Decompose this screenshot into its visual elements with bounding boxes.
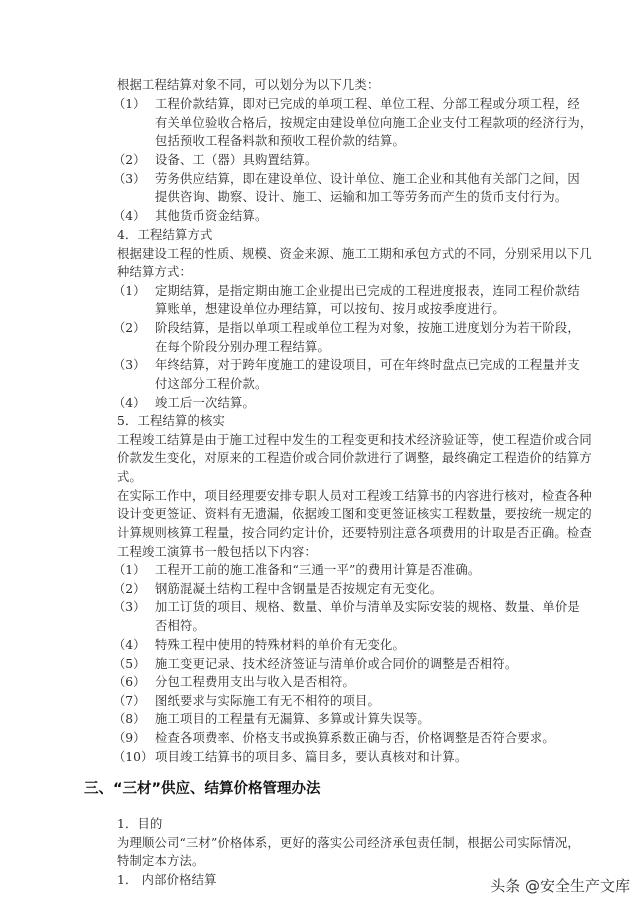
list-number: （4） — [113, 637, 145, 653]
list-number: （4） — [113, 395, 145, 411]
paragraph-text: 根据建设工程的性质、规模、资金来源、施工工期和承包方式的不同，分别采用以下几 — [117, 246, 592, 262]
list-item-text: 年终结算，对于跨年度施工的建设项目，可在年终时盘点已完成的工程量并支 — [155, 357, 580, 373]
list-item-text: 钢筋混凝土结构工程中含钢量是否按规定有无变化。 — [155, 581, 442, 597]
paragraph-text: 设计变更签证、资料有无遗漏，依据竣工图和变更签证核实工程数量，要按统一规定的 — [117, 506, 592, 522]
list-item-text: 施工项目的工程量有无漏算、多算或计算失误等。 — [155, 711, 430, 727]
paragraph-text: 种结算方式： — [117, 264, 192, 280]
paragraph-text: 为理顺公司“三材”价格体系，更好的落实公司经济承包责任制，根据公司实际情况， — [117, 835, 580, 851]
section-title: 5．工程结算的核实 — [117, 413, 225, 429]
list-item-text: 施工变更记录、技术经济签证与清单价或合同价的调整是否相符。 — [155, 656, 517, 672]
list-item-text: 定期结算，是指定期由施工企业提出已完成的工程进度报表，连同工程价款结 — [155, 283, 580, 299]
list-item-text: 检查各项费率、价格支书或换算系数正确与否，价格调整是否符合要求。 — [155, 730, 555, 746]
list-item-text: 在每个阶段分别办理工程结算。 — [155, 339, 330, 355]
list-item-text: 项目竣工结算书的项目多、篇目多，要认真核对和计算。 — [155, 749, 467, 765]
paragraph-text: 价款发生变化，对原来的工程造价或合同价款进行了调整，最终确定工程造价的结算方 — [117, 450, 592, 466]
list-item-text: 有关单位验收合格后，按规定由建设单位向施工企业支付工程款项的经济行为， — [155, 115, 592, 131]
paragraph-text: 特制定本方法。 — [117, 853, 204, 869]
subsection-title: 1． 内部价格结算 — [117, 872, 217, 888]
list-number: （2） — [113, 320, 145, 336]
list-item-text: 竣工后一次结算。 — [155, 395, 255, 411]
list-item-text: 工程价款结算，即对已完成的单项工程、单位工程、分部工程或分项工程，经 — [155, 96, 580, 112]
list-number: （1） — [113, 96, 145, 112]
list-item-text: 算账单，想建设单位办理结算，可以按旬、按月或按季度进行。 — [155, 301, 505, 317]
list-number: （10） — [113, 749, 153, 765]
part-heading: 三、“三材”供应、结算价格管理办法 — [84, 780, 321, 798]
list-item-text: 加工订货的项目、规格、数量、单价与清单及实际安装的规格、数量、单价是 — [155, 599, 580, 615]
list-number: （4） — [113, 208, 145, 224]
section-title: 4．工程结算方式 — [117, 227, 213, 243]
list-number: （9） — [113, 730, 145, 746]
list-number: （8） — [113, 711, 145, 727]
list-number: （1） — [113, 283, 145, 299]
paragraph-text: 计算规则核算工程量，按合同约定计价，还要特别注意各项费用的计取是否正确。检查 — [117, 525, 592, 541]
list-number: （1） — [113, 562, 145, 578]
list-number: （3） — [113, 599, 145, 615]
list-number: （2） — [113, 581, 145, 597]
list-number: （2） — [113, 152, 145, 168]
list-number: （6） — [113, 674, 145, 690]
paragraph-text: 式。 — [117, 469, 142, 485]
list-item-text: 提供咨询、勘察、设计、施工、运输和加工等劳务而产生的货币支付行为。 — [155, 189, 567, 205]
list-item-text: 分包工程费用支出与收入是否相符。 — [155, 674, 355, 690]
list-item-text: 设备、工（器）具购置结算。 — [155, 152, 317, 168]
list-number: （3） — [113, 171, 145, 187]
paragraph-text: 工程竣工结算是由于施工过程中发生的工程变更和技术经济验证等，使工程造价或合同 — [117, 432, 592, 448]
list-number: （5） — [113, 656, 145, 672]
list-item-text: 其他货币资金结算。 — [155, 208, 267, 224]
list-item-text: 工程开工前的施工准备和“三通一平”的费用计算是否准确。 — [155, 562, 480, 578]
list-item-text: 特殊工程中使用的特殊材料的单价有无变化。 — [155, 637, 405, 653]
list-item-text: 付这部分工程价款。 — [155, 376, 267, 392]
list-item-text: 否相符。 — [155, 618, 205, 634]
list-item-text: 包括预收工程备料款和预收工程价款的结算。 — [155, 133, 405, 149]
document-page: 根据工程结算对象不同，可以划分为以下几类： （1） 工程价款结算，即对已完成的单… — [0, 0, 640, 906]
subsection-title: 1．目的 — [117, 816, 163, 832]
intro-text: 根据工程结算对象不同，可以划分为以下几类： — [117, 77, 379, 93]
list-number: （3） — [113, 357, 145, 373]
paragraph-text: 在实际工作中，项目经理要安排专职人员对工程竣工结算书的内容进行核对，检查各种 — [117, 488, 592, 504]
list-item-text: 劳务供应结算，即在建设单位、设计单位、施工企业和其他有关部门之间，因 — [155, 171, 580, 187]
paragraph-text: 工程竣工演算书一般包括以下内容： — [117, 544, 317, 560]
list-item-text: 阶段结算，是指以单项工程或单位工程为对象，按施工进度划分为若干阶段， — [155, 320, 580, 336]
watermark: 头条 @安全生产文库 — [490, 875, 630, 896]
list-number: （7） — [113, 693, 145, 709]
list-item-text: 图纸要求与实际施工有无不相符的项目。 — [155, 693, 380, 709]
